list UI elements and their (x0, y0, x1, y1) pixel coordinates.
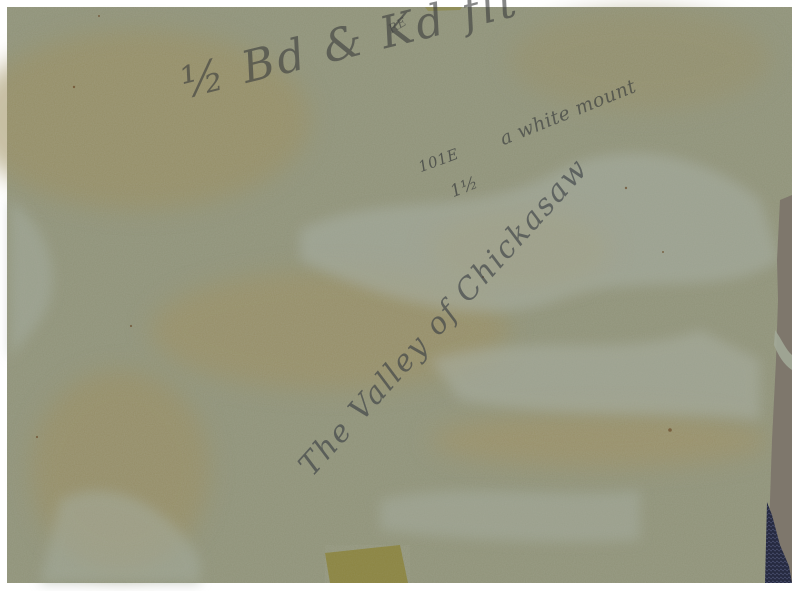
scanned-board: ½ Bd & Kd flt RE a white mount 101E 1½ T… (0, 0, 800, 591)
paper-surface (0, 0, 800, 591)
